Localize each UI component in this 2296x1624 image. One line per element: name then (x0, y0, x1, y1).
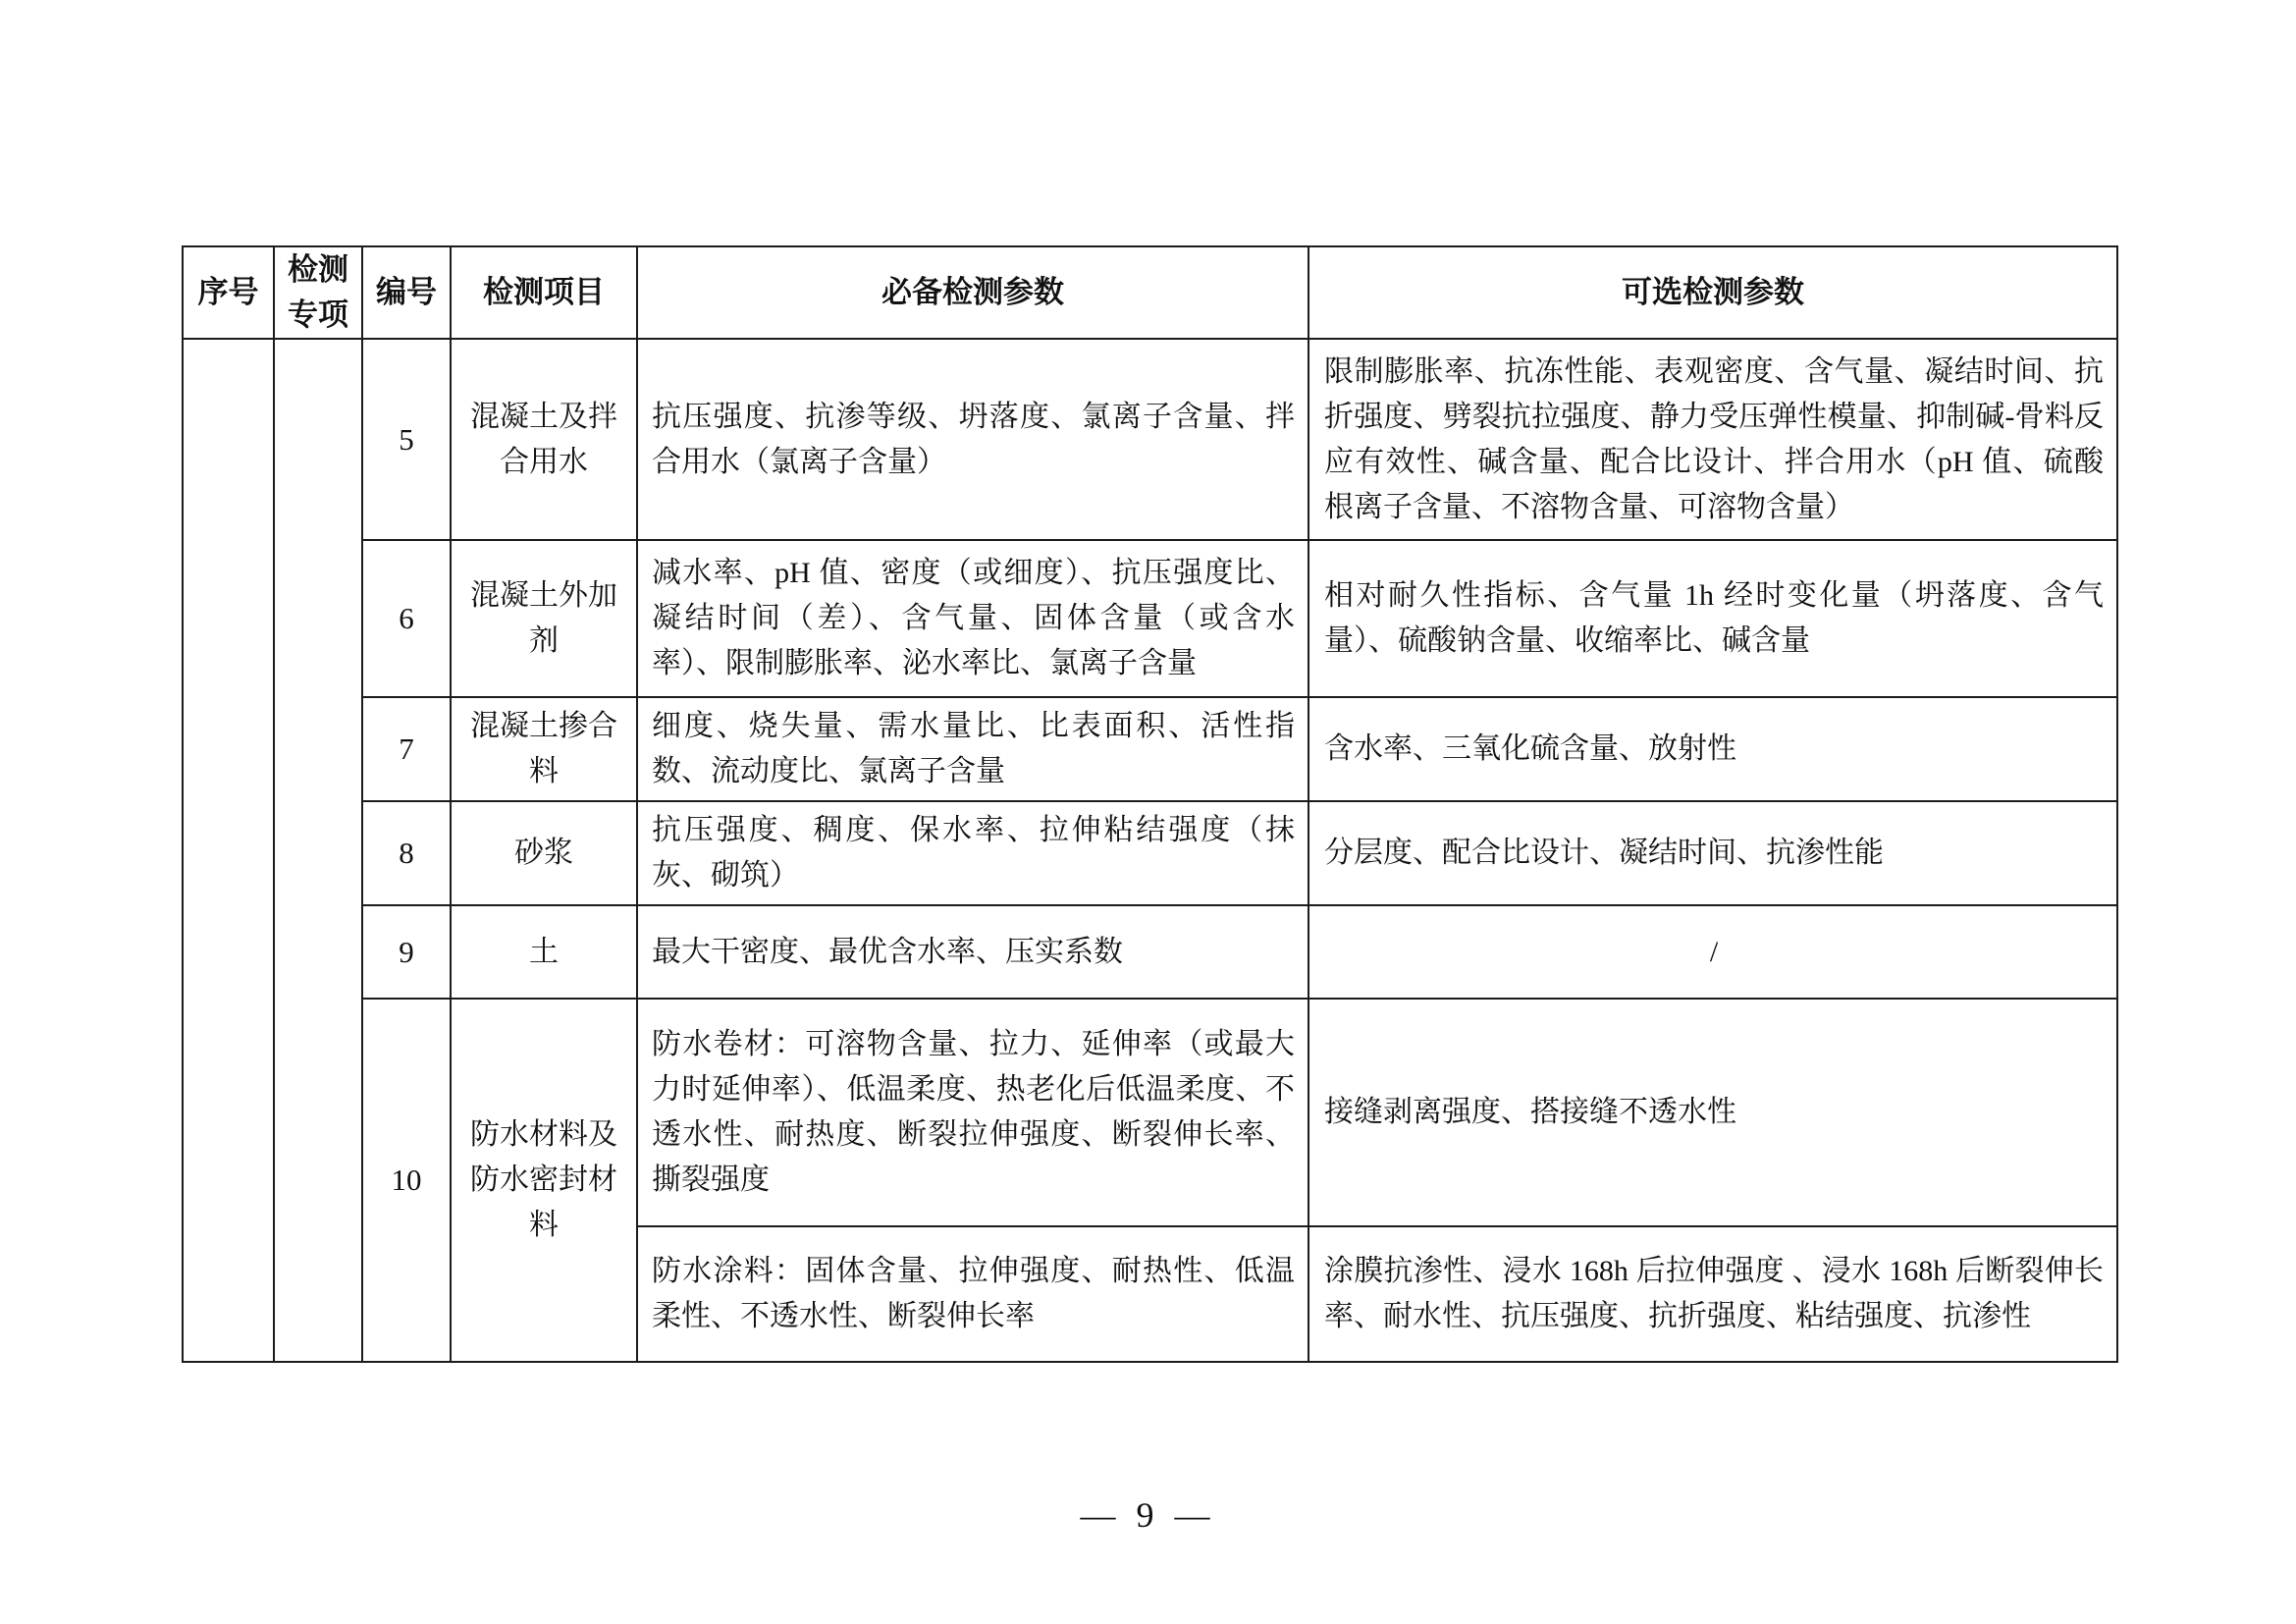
row-6-optional-params: 相对耐久性指标、含气量 1h 经时变化量（坍落度、含气量）、硫酸钠含量、收缩率比… (1308, 540, 2117, 697)
header-test-specialty: 检测专项 (274, 246, 362, 339)
table-row-5: 5 混凝土及拌合用水 抗压强度、抗渗等级、坍落度、氯离子含量、拌合用水（氯离子含… (183, 339, 2117, 540)
row-9-test-item: 土 (451, 905, 637, 999)
row-7-test-item: 混凝土掺合料 (451, 697, 637, 801)
table-row-6: 6 混凝土外加剂 减水率、pH 值、密度（或细度）、抗压强度比、凝结时间（差）、… (183, 540, 2117, 697)
row-5-test-item: 混凝土及拌合用水 (451, 339, 637, 540)
row-10-test-item: 防水材料及防水密封材料 (451, 999, 637, 1362)
test-specialty-merged-cell (274, 339, 362, 1362)
row-7-required-params: 细度、烧失量、需水量比、比表面积、活性指数、流动度比、氯离子含量 (637, 697, 1308, 801)
row-7-number: 7 (362, 697, 451, 801)
row-6-test-item: 混凝土外加剂 (451, 540, 637, 697)
header-serial-number: 序号 (183, 246, 274, 339)
row-5-required-params: 抗压强度、抗渗等级、坍落度、氯离子含量、拌合用水（氯离子含量） (637, 339, 1308, 540)
row-8-number: 8 (362, 801, 451, 905)
row-10-membrane-optional-params: 接缝剥离强度、搭接缝不透水性 (1308, 999, 2117, 1226)
header-optional-parameters: 可选检测参数 (1308, 246, 2117, 339)
row-6-number: 6 (362, 540, 451, 697)
row-8-required-params: 抗压强度、稠度、保水率、拉伸粘结强度（抹灰、砌筑） (637, 801, 1308, 905)
row-9-number: 9 (362, 905, 451, 999)
table-row-9: 9 土 最大干密度、最优含水率、压实系数 / (183, 905, 2117, 999)
serial-number-merged-cell (183, 339, 274, 1362)
row-8-optional-params: 分层度、配合比设计、凝结时间、抗渗性能 (1308, 801, 2117, 905)
table-header-row: 序号 检测专项 编号 检测项目 必备检测参数 可选检测参数 (183, 246, 2117, 339)
document-page: 序号 检测专项 编号 检测项目 必备检测参数 可选检测参数 5 混凝土及拌合用水… (0, 0, 2296, 1624)
row-10-number: 10 (362, 999, 451, 1362)
table-row-8: 8 砂浆 抗压强度、稠度、保水率、拉伸粘结强度（抹灰、砌筑） 分层度、配合比设计… (183, 801, 2117, 905)
row-10-coating-optional-params: 涂膜抗渗性、浸水 168h 后拉伸强度 、浸水 168h 后断裂伸长率、耐水性、… (1308, 1226, 2117, 1362)
row-9-optional-params: / (1308, 905, 2117, 999)
table-row-10-sub-1: 10 防水材料及防水密封材料 防水卷材：可溶物含量、拉力、延伸率（或最大力时延伸… (183, 999, 2117, 1226)
row-8-test-item: 砂浆 (451, 801, 637, 905)
row-6-required-params: 减水率、pH 值、密度（或细度）、抗压强度比、凝结时间（差）、含气量、固体含量（… (637, 540, 1308, 697)
row-9-required-params: 最大干密度、最优含水率、压实系数 (637, 905, 1308, 999)
row-5-number: 5 (362, 339, 451, 540)
test-parameters-table: 序号 检测专项 编号 检测项目 必备检测参数 可选检测参数 5 混凝土及拌合用水… (182, 245, 2118, 1363)
row-5-optional-params: 限制膨胀率、抗冻性能、表观密度、含气量、凝结时间、抗折强度、劈裂抗拉强度、静力受… (1308, 339, 2117, 540)
header-item-number: 编号 (362, 246, 451, 339)
header-test-item: 检测项目 (451, 246, 637, 339)
row-10-coating-required-params: 防水涂料：固体含量、拉伸强度、耐热性、低温柔性、不透水性、断裂伸长率 (637, 1226, 1308, 1362)
row-7-optional-params: 含水率、三氧化硫含量、放射性 (1308, 697, 2117, 801)
page-number: — 9 — (0, 1494, 2296, 1536)
table-row-7: 7 混凝土掺合料 细度、烧失量、需水量比、比表面积、活性指数、流动度比、氯离子含… (183, 697, 2117, 801)
row-10-membrane-required-params: 防水卷材：可溶物含量、拉力、延伸率（或最大力时延伸率）、低温柔度、热老化后低温柔… (637, 999, 1308, 1226)
header-required-parameters: 必备检测参数 (637, 246, 1308, 339)
